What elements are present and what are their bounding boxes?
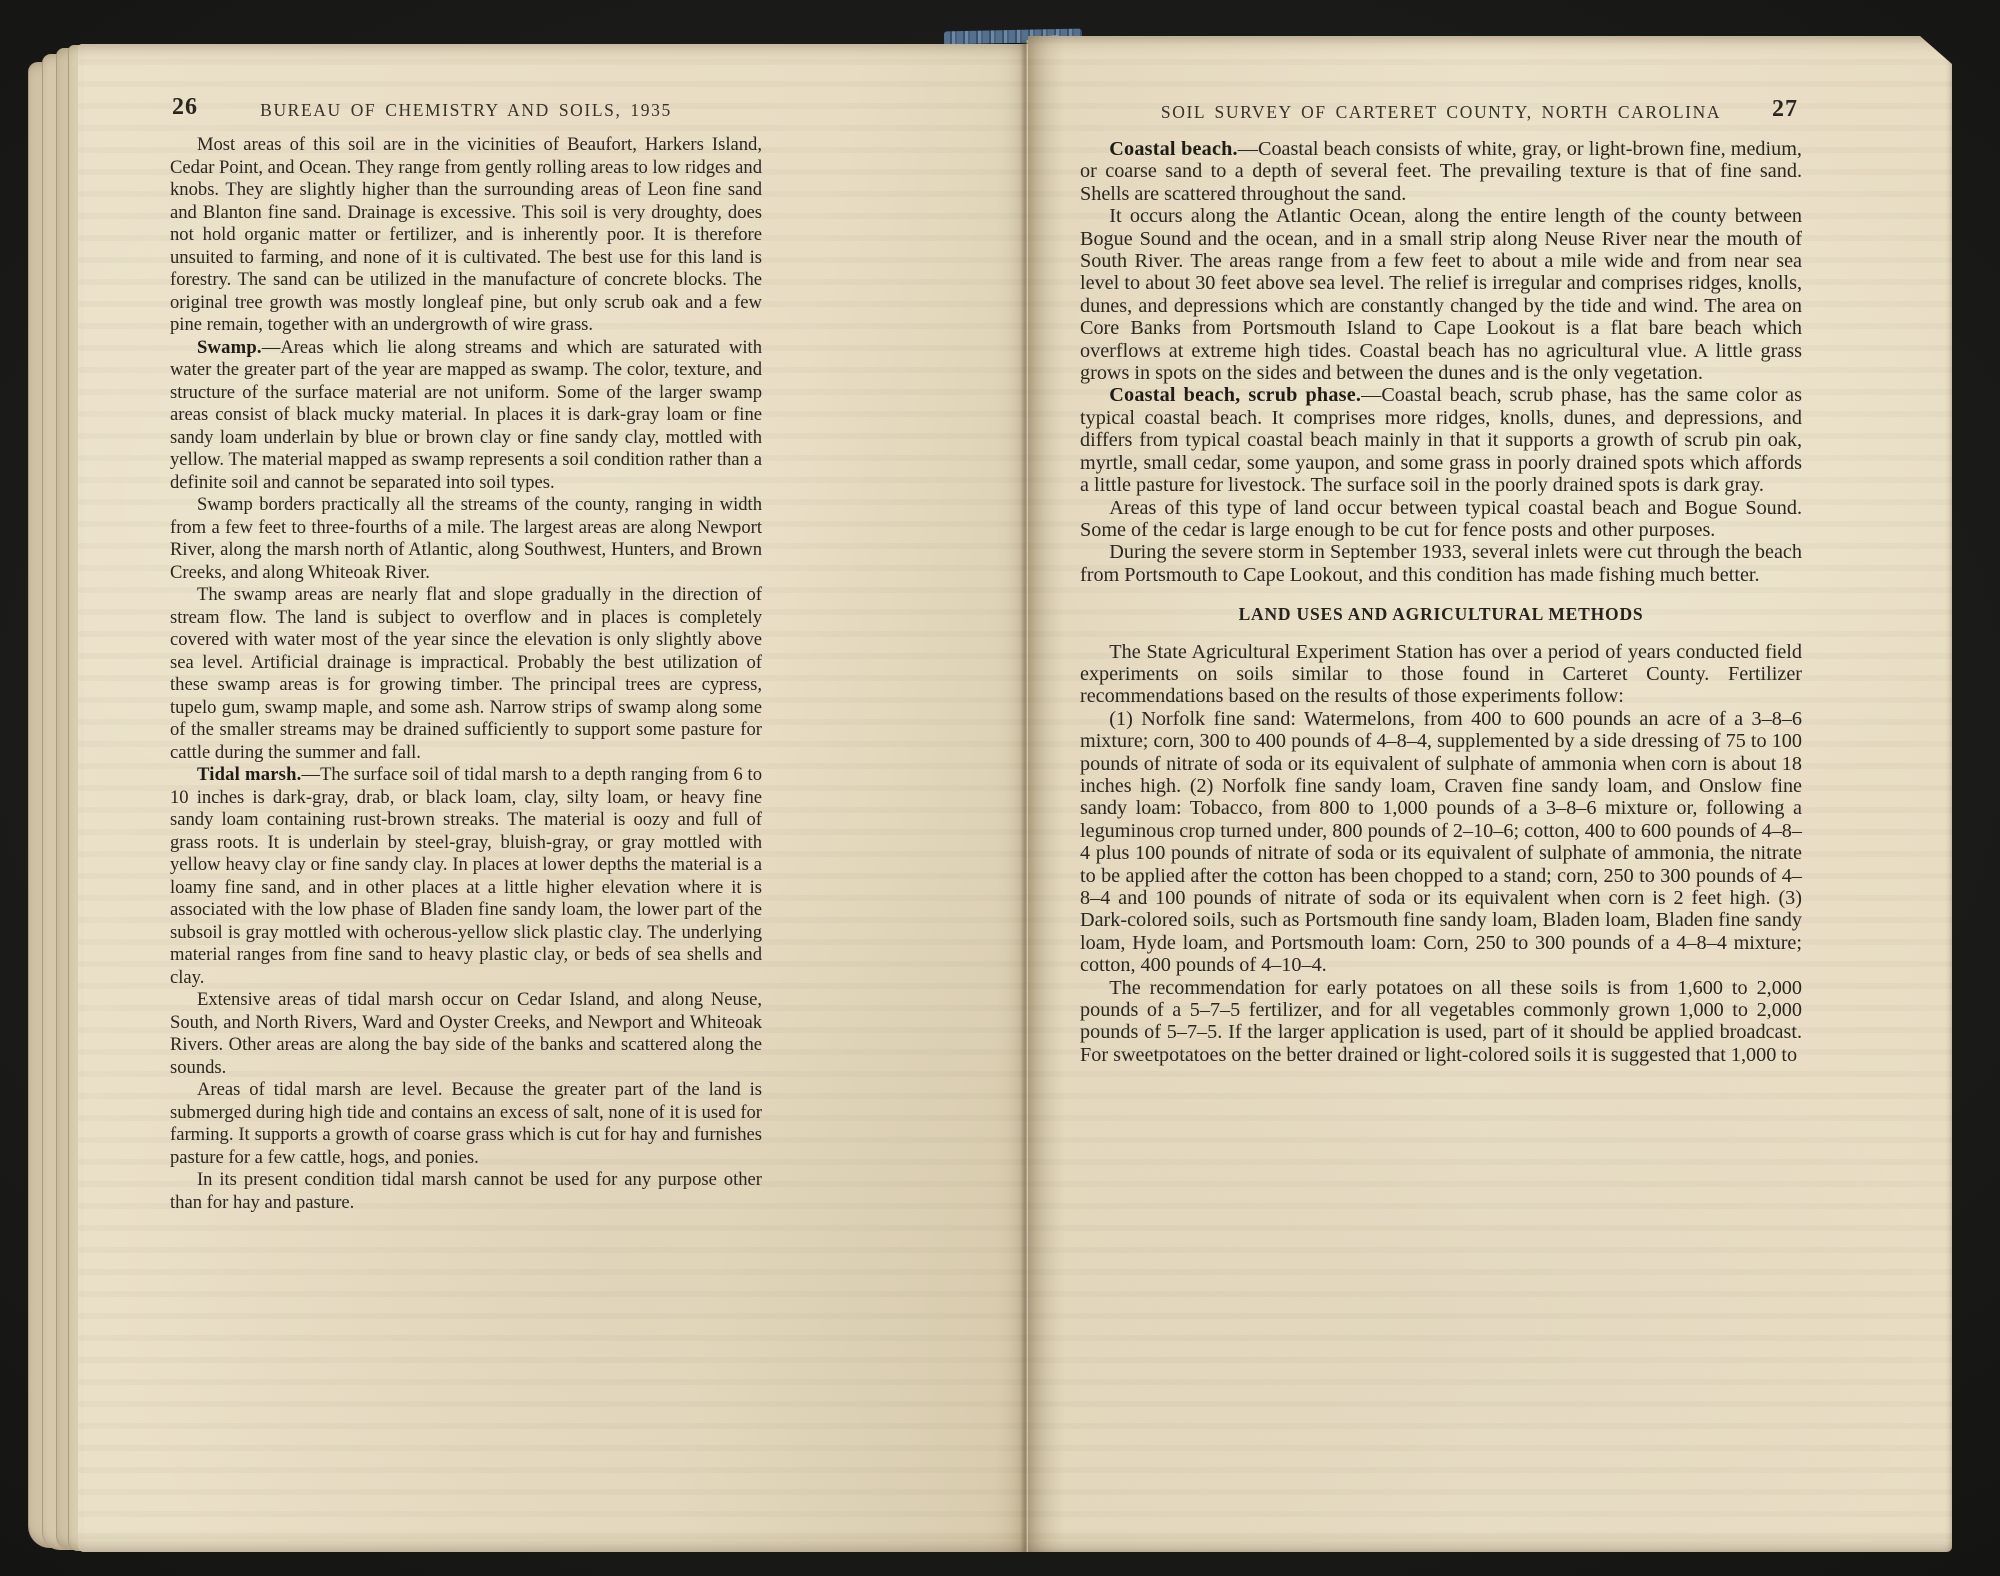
paragraph: Coastal beach, scrub phase.—Coastal beac…	[1080, 384, 1802, 496]
paragraph: Swamp.—Areas which lie along streams and…	[170, 337, 762, 495]
running-title: SOIL SURVEY OF CARTERET COUNTY, NORTH CA…	[1080, 102, 1802, 123]
paragraph: Coastal beach.—Coastal beach consists of…	[1080, 138, 1802, 205]
paragraph: The swamp areas are nearly flat and slop…	[170, 584, 762, 764]
left-text-column: Most areas of this soil are in the vicin…	[170, 134, 762, 1214]
book-photo: 26 BUREAU OF CHEMISTRY AND SOILS, 1935 M…	[0, 0, 2000, 1576]
section-heading: LAND USES AND AGRICULTURAL METHODS	[1080, 603, 1802, 625]
paragraph: Most areas of this soil are in the vicin…	[170, 134, 762, 337]
running-title: BUREAU OF CHEMISTRY AND SOILS, 1935	[170, 100, 762, 121]
page-number: 27	[1772, 96, 1798, 123]
paragraph: The State Agricultural Experiment Statio…	[1080, 641, 1802, 708]
left-page: 26 BUREAU OF CHEMISTRY AND SOILS, 1935 M…	[78, 44, 1028, 1552]
paragraph-lead: Coastal beach, scrub phase.	[1109, 384, 1361, 406]
paragraph: In its present condition tidal marsh can…	[170, 1169, 762, 1214]
right-text-column: Coastal beach.—Coastal beach consists of…	[1080, 138, 1802, 1066]
right-page-header: SOIL SURVEY OF CARTERET COUNTY, NORTH CA…	[1080, 102, 1802, 132]
paragraph: (1) Norfolk fine sand: Watermelons, from…	[1080, 708, 1802, 977]
right-page: SOIL SURVEY OF CARTERET COUNTY, NORTH CA…	[1028, 36, 1952, 1552]
paragraph-lead: Tidal marsh.	[197, 764, 302, 785]
paragraph: Tidal marsh.—The surface soil of tidal m…	[170, 764, 762, 989]
paragraph: During the severe storm in September 193…	[1080, 541, 1802, 586]
paragraph: Areas of tidal marsh are level. Because …	[170, 1079, 762, 1169]
paragraph: Swamp borders practically all the stream…	[170, 494, 762, 584]
paragraph: It occurs along the Atlantic Ocean, alon…	[1080, 205, 1802, 384]
paragraph: Areas of this type of land occur between…	[1080, 497, 1802, 542]
paragraph: Extensive areas of tidal marsh occur on …	[170, 989, 762, 1079]
paragraph: The recommendation for early potatoes on…	[1080, 977, 1802, 1067]
page-number: 26	[172, 94, 198, 121]
paragraph-lead: Swamp.	[197, 337, 262, 358]
paragraph-lead: Coastal beach.	[1109, 138, 1238, 160]
left-page-header: 26 BUREAU OF CHEMISTRY AND SOILS, 1935	[170, 100, 762, 130]
